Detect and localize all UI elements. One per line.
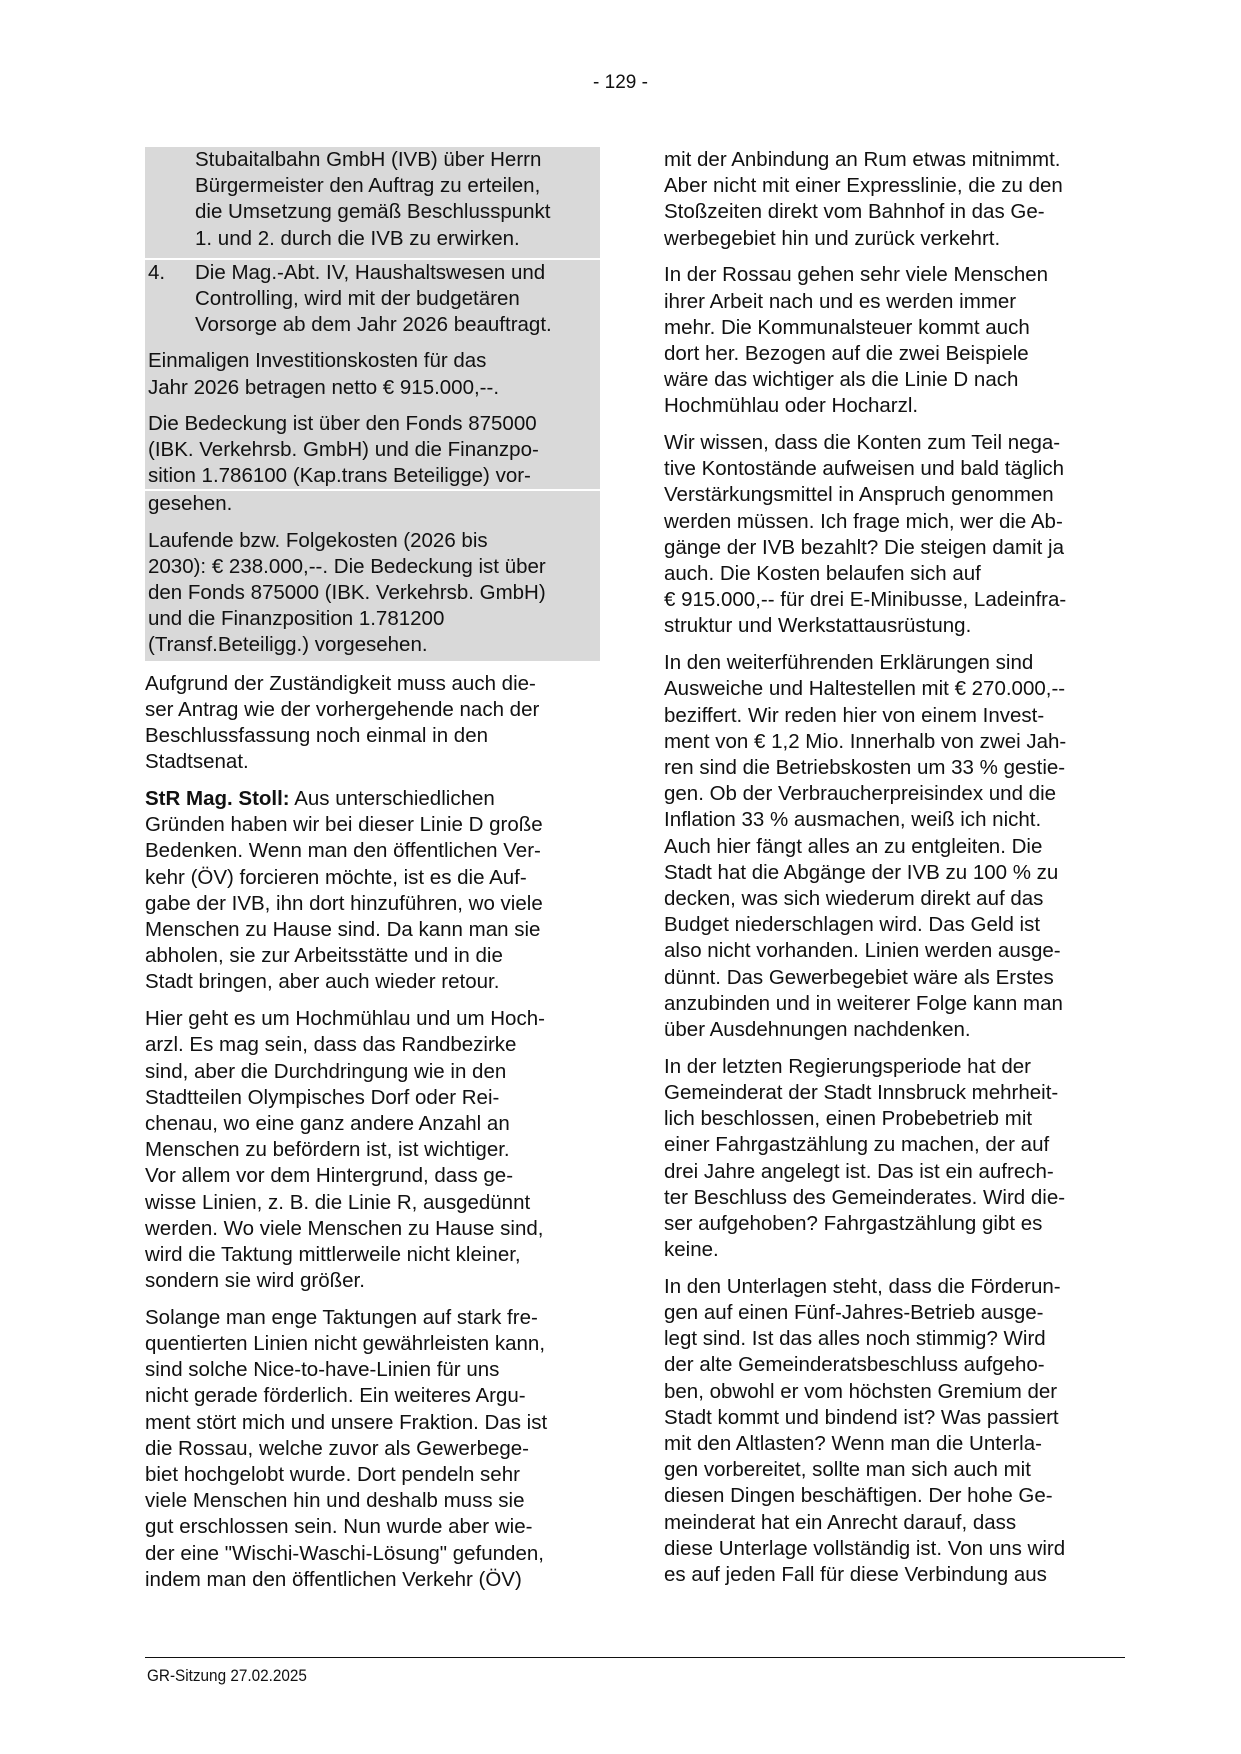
text-line: sondern sie wird größer. [145,1268,600,1294]
resolution-item-4: 4. Die Mag.-Abt. IV, Haushaltswesen undC… [145,258,600,345]
text-line: (IBK. Verkehrsb. GmbH) und die Finanzpo- [148,437,600,463]
paragraph-erklaerungen: In den weiterführenden Erklärungen sindA… [664,650,1124,1043]
text-line: Inflation 33 % ausmachen, weiß ich nicht… [664,807,1124,833]
text-line: ter Beschluss des Gemeinderates. Wird di… [664,1185,1124,1211]
text-line: mit der Anbindung an Rum etwas mitnimmt. [664,147,1124,173]
text-line: (Transf.Beteiligg.) vorgesehen. [148,632,600,658]
left-column: Stubaitalbahn GmbH (IVB) über HerrnBürge… [145,147,600,1604]
text-line: Menschen zu befördern ist, ist wichtiger… [145,1137,600,1163]
text-line: quentierten Linien nicht gewährleisten k… [145,1331,600,1357]
text-line: Hochmühlau oder Hocharzl. [664,393,1124,419]
text-line: dort her. Bezogen auf die zwei Beispiele [664,341,1124,367]
text-line: Verstärkungsmittel in Anspruch genommen [664,482,1124,508]
text-line: beziffert. Wir reden hier von einem Inve… [664,703,1124,729]
text-line: drei Jahre angelegt ist. Das ist ein auf… [664,1159,1124,1185]
speaker-name: StR Mag. Stoll: [145,787,290,810]
text-line: werden. Wo viele Menschen zu Hause sind, [145,1216,600,1242]
text-line: keine. [664,1237,1124,1263]
text-line: ser aufgehoben? Fahrgastzählung gibt es [664,1211,1124,1237]
text-line: € 915.000,-- für drei E-Minibusse, Ladei… [664,587,1124,613]
text-line: Aufgrund der Zuständigkeit muss auch die… [145,671,600,697]
text-line: Bürgermeister den Auftrag zu erteilen, [195,173,600,199]
text-line: In der Rossau gehen sehr viele Menschen [664,262,1124,288]
text-line: einer Fahrgastzählung zu machen, der auf [664,1132,1124,1158]
text-line: Ausweiche und Haltestellen mit € 270.000… [664,676,1124,702]
text-line: die Rossau, welche zuvor als Gewerbege- [145,1436,600,1462]
text-line: Menschen zu Hause sind. Da kann man sie [145,917,600,943]
text-line: wäre das wichtiger als die Linie D nach [664,367,1124,393]
text-line: auch. Die Kosten belaufen sich auf [664,561,1124,587]
text-line: ren sind die Betriebskosten um 33 % gest… [664,755,1124,781]
text-line: gen auf einen Fünf-Jahres-Betrieb ausge- [664,1300,1124,1326]
text-line: Gründen haben wir bei dieser Linie D gro… [145,812,600,838]
item-number: 4. [148,260,195,345]
text-line: Stadtteilen Olympisches Dorf oder Rei- [145,1085,600,1111]
text-line: werbegebiet hin und zurück verkehrt. [664,226,1124,252]
page-number: - 129 - [0,72,1241,94]
text-line: arzl. Es mag sein, dass das Randbezirke [145,1032,600,1058]
text-line: Stadtsenat. [145,749,600,775]
text-line: In den weiterführenden Erklärungen sind [664,650,1124,676]
text-line: der alte Gemeinderatsbeschluss aufgeho- [664,1352,1124,1378]
text-line: sition 1.786100 (Kap.trans Beteiligge) v… [148,463,600,489]
text-line: Controlling, wird mit der budgetären [195,286,600,312]
text-line: ser Antrag wie der vorhergehende nach de… [145,697,600,723]
text-line: abholen, sie zur Arbeitsstätte und in di… [145,943,600,969]
text-line: Stadt kommt und bindend ist? Was passier… [664,1405,1124,1431]
text-line: mehr. Die Kommunalsteuer kommt auch [664,315,1124,341]
text-line: über Ausdehnungen nachdenken. [664,1017,1124,1043]
text-line: der eine "Wischi-Waschi-Lösung" gefunden… [145,1541,600,1567]
text-line: struktur und Werkstattausrüstung. [664,613,1124,639]
text-line: Wir wissen, dass die Konten zum Teil neg… [664,430,1124,456]
text-line: Aber nicht mit einer Expresslinie, die z… [664,173,1124,199]
right-column: mit der Anbindung an Rum etwas mitnimmt.… [664,147,1124,1599]
text-line: In der letzten Regierungsperiode hat der [664,1054,1124,1080]
text-line: Stoßzeiten direkt vom Bahnhof in das Ge- [664,199,1124,225]
text-line: ben, obwohl er vom höchsten Gremium der [664,1379,1124,1405]
paragraph-stoll: StR Mag. Stoll: Aus unterschiedlichen Gr… [145,786,600,996]
paragraph-hochmuehlau: Hier geht es um Hochmühlau und um Hoch-a… [145,1006,600,1294]
text-line: gen vorbereitet, sollte man sich auch mi… [664,1457,1124,1483]
text-line: Hier geht es um Hochmühlau und um Hoch- [145,1006,600,1032]
text-line: und die Finanzposition 1.781200 [148,606,600,632]
resolution-item-3-continuation: Stubaitalbahn GmbH (IVB) über HerrnBürge… [145,147,600,258]
text-line: sind, aber die Durchdringung wie in den [145,1059,600,1085]
text-line: Beschlussfassung noch einmal in den [145,723,600,749]
text-line: dünnt. Das Gewerbegebiet wäre als Erstes [664,965,1124,991]
text-line: diese Unterlage vollständig ist. Von uns… [664,1536,1124,1562]
text-line: In den Unterlagen steht, dass die Förder… [664,1274,1124,1300]
footer-divider [145,1657,1125,1658]
text-line: chenau, wo eine ganz andere Anzahl an [145,1111,600,1137]
text-line: gabe der IVB, ihn dort hinzuführen, wo v… [145,891,600,917]
coverage-statement-tail: gesehen. [145,489,600,523]
text-line: Vor allem vor dem Hintergrund, dass ge- [145,1163,600,1189]
text-line: Bedenken. Wenn man den öffentlichen Ver- [145,838,600,864]
text-line: gut erschlossen sein. Nun wurde aber wie… [145,1514,600,1540]
text-line: lich beschlossen, einen Probebetrieb mit [664,1106,1124,1132]
text-line: Jahr 2026 betragen netto € 915.000,--. [148,375,600,401]
text-line: tive Kontostände aufweisen und bald tägl… [664,456,1124,482]
paragraph-regierungsperiode: In der letzten Regierungsperiode hat der… [664,1054,1124,1264]
text-line: es auf jeden Fall für diese Verbindung a… [664,1562,1124,1588]
text-line: Die Mag.-Abt. IV, Haushaltswesen und [195,260,600,286]
running-costs: Laufende bzw. Folgekosten (2026 bis2030)… [145,524,600,661]
text-line: wird die Taktung mittlerweile nicht klei… [145,1242,600,1268]
paragraph-rossau: In der Rossau gehen sehr viele Menscheni… [664,262,1124,419]
text-line: Die Bedeckung ist über den Fonds 875000 [148,411,600,437]
text-line: Auch hier fängt alles an zu entgleiten. … [664,834,1124,860]
text-line: Stubaitalbahn GmbH (IVB) über Herrn [195,147,600,173]
paragraph-solange: Solange man enge Taktungen auf stark fre… [145,1305,600,1593]
text-line: ment von € 1,2 Mio. Innerhalb von zwei J… [664,729,1124,755]
text-line: Vorsorge ab dem Jahr 2026 beauftragt. [195,312,600,338]
text-line: legt sind. Ist das alles noch stimmig? W… [664,1326,1124,1352]
text-line: 1. und 2. durch die IVB zu erwirken. [195,226,600,252]
text-line: anzubinden und in weiterer Folge kann ma… [664,991,1124,1017]
text-line: ihrer Arbeit nach und es werden immer [664,289,1124,315]
text-line: Gemeinderat der Stadt Innsbruck mehrheit… [664,1080,1124,1106]
shaded-resolution-box: Stubaitalbahn GmbH (IVB) über HerrnBürge… [145,147,600,661]
text-line: decken, was sich wiederum direkt auf das [664,886,1124,912]
text-line: Einmaligen Investitionskosten für das [148,348,600,374]
text-line: Solange man enge Taktungen auf stark fre… [145,1305,600,1331]
text-line: werden müssen. Ich frage mich, wer die A… [664,509,1124,535]
paragraph-unterlagen: In den Unterlagen steht, dass die Förder… [664,1274,1124,1588]
text-line: viele Menschen hin und deshalb muss sie [145,1488,600,1514]
text-line: meinderat hat ein Anrecht darauf, dass [664,1510,1124,1536]
footer-session-date: GR-Sitzung 27.02.2025 [147,1666,307,1686]
text-line: die Umsetzung gemäß Beschlusspunkt [195,199,600,225]
text-line: Stadt hat die Abgänge der IVB zu 100 % z… [664,860,1124,886]
text-line: indem man den öffentlichen Verkehr (ÖV) [145,1567,600,1593]
text-line: diesen Dingen beschäftigen. Der hohe Ge- [664,1483,1124,1509]
coverage-statement: Die Bedeckung ist über den Fonds 875000(… [145,407,600,490]
text-line: Laufende bzw. Folgekosten (2026 bis [148,528,600,554]
text-line: den Fonds 875000 (IBK. Verkehrsb. GmbH) [148,580,600,606]
paragraph-senate: Aufgrund der Zuständigkeit muss auch die… [145,671,600,776]
text-line: Stadt bringen, aber auch wieder retour. [145,969,600,995]
text-line: gänge der IVB bezahlt? Die steigen damit… [664,535,1124,561]
investment-costs: Einmaligen Investitionskosten für dasJah… [145,344,600,406]
text-line: mit den Altlasten? Wenn man die Unterla- [664,1431,1124,1457]
text-line: gen. Ob der Verbraucherpreisindex und di… [664,781,1124,807]
text-line: wisse Linien, z. B. die Linie R, ausgedü… [145,1190,600,1216]
paragraph-konten: Wir wissen, dass die Konten zum Teil neg… [664,430,1124,640]
text-line: nicht gerade förderlich. Ein weiteres Ar… [145,1383,600,1409]
text-line: ment stört mich und unsere Fraktion. Das… [145,1410,600,1436]
text-line: Budget niederschlagen wird. Das Geld ist [664,912,1124,938]
text-line: sind solche Nice-to-have-Linien für uns [145,1357,600,1383]
text-line: also nicht vorhanden. Linien werden ausg… [664,938,1124,964]
text-line: biet hochgelobt wurde. Dort pendeln sehr [145,1462,600,1488]
text-line: 2030): € 238.000,--. Die Bedeckung ist ü… [148,554,600,580]
text-line: kehr (ÖV) forcieren möchte, ist es die A… [145,865,600,891]
paragraph-rum: mit der Anbindung an Rum etwas mitnimmt.… [664,147,1124,252]
